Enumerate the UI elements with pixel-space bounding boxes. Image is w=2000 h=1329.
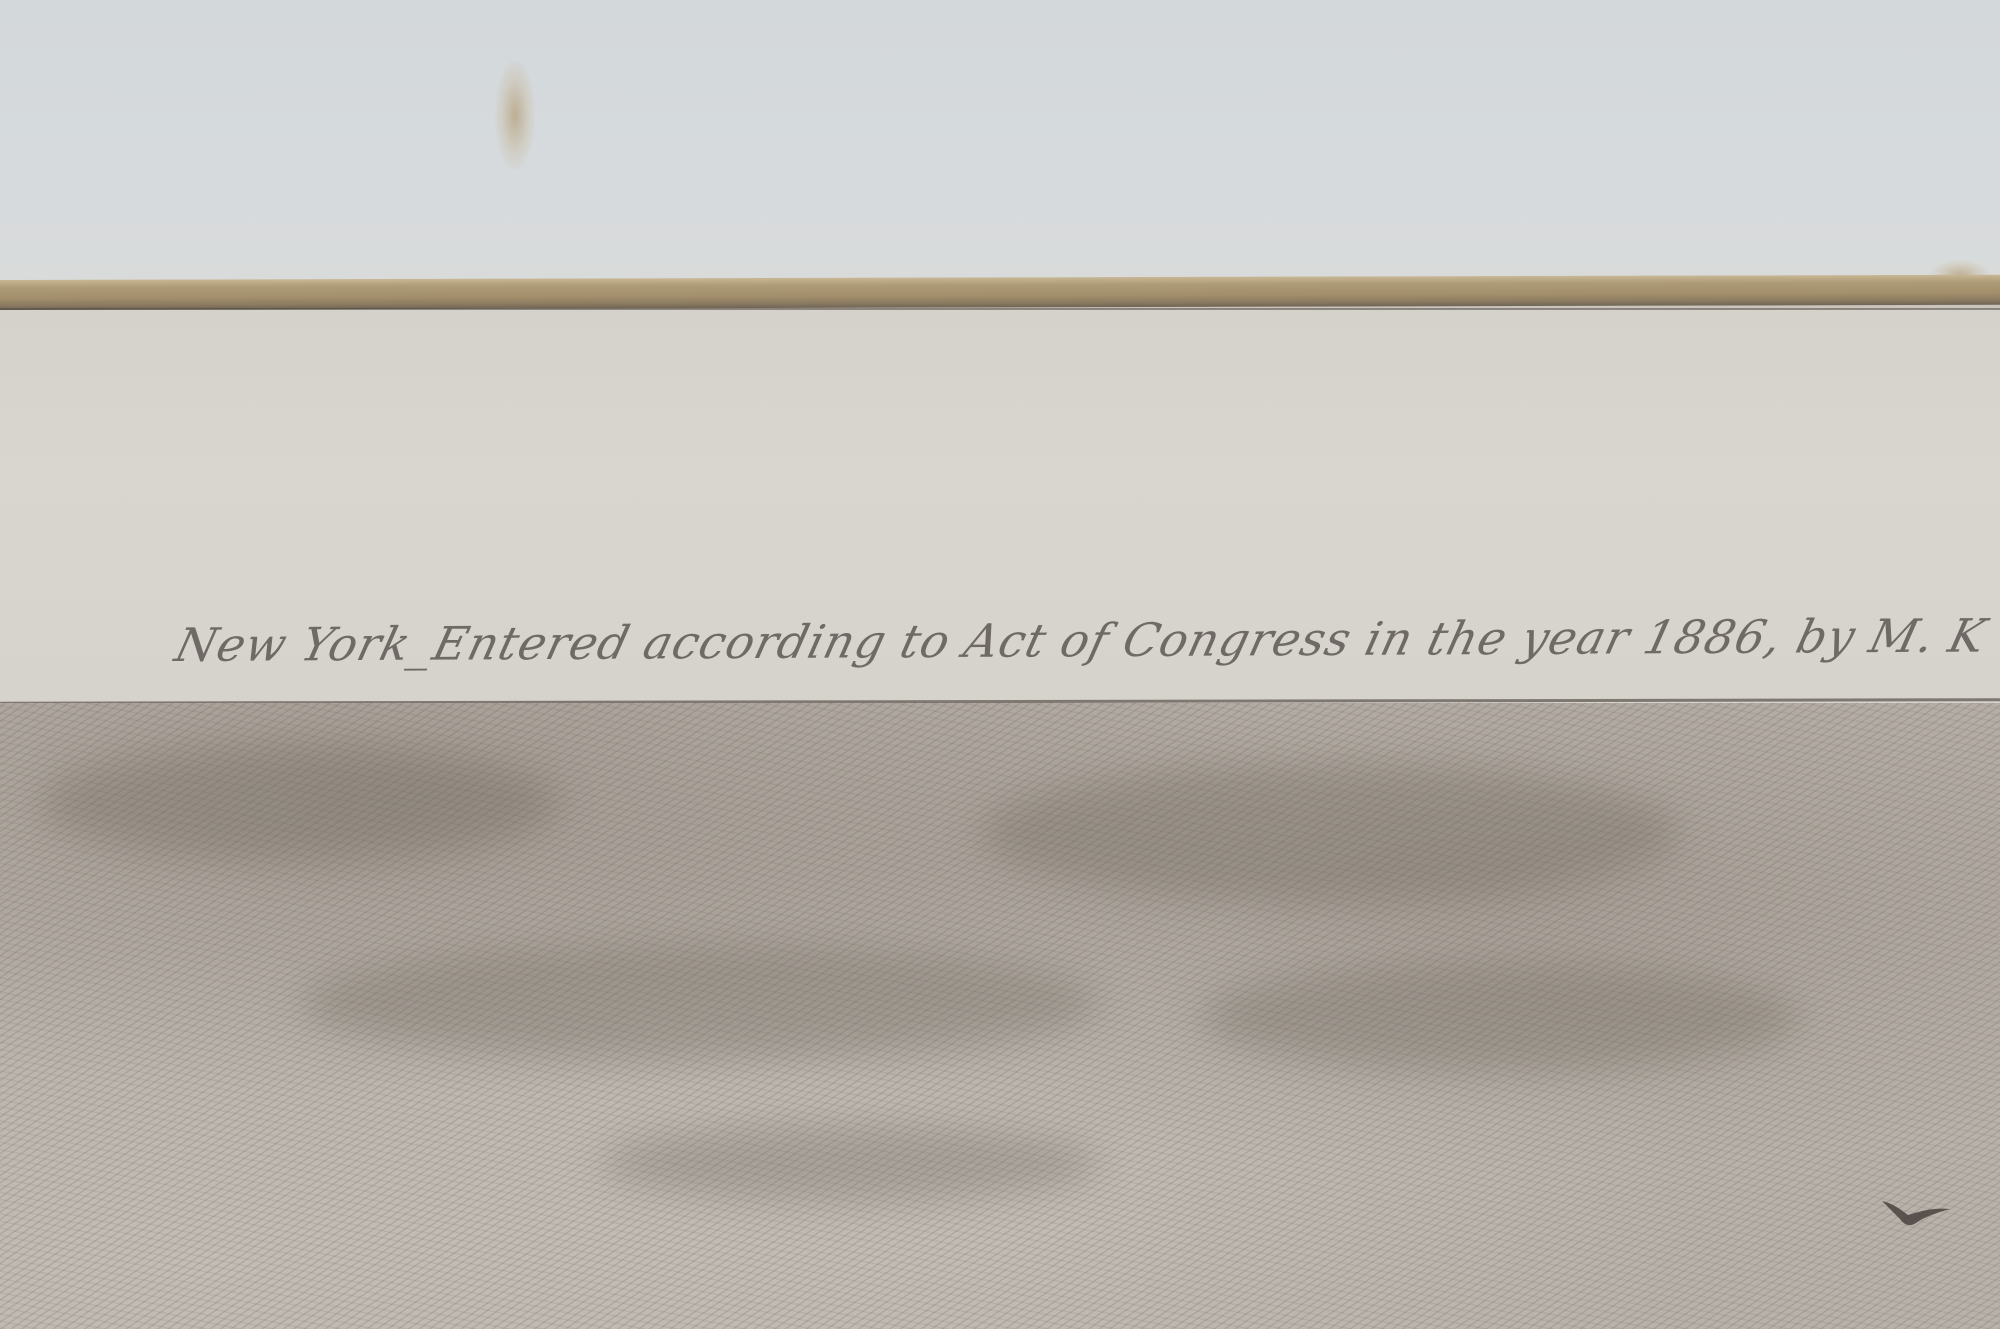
shading-area (40, 743, 560, 863)
bird-ink-mark-icon (1878, 1195, 1958, 1235)
engraved-caption: New York_Entered according to Act of Con… (170, 609, 1992, 672)
shading-area (600, 1123, 1100, 1203)
foxing-stain (495, 60, 535, 170)
shading-area (980, 763, 1680, 903)
engraved-image-area (0, 703, 2000, 1329)
mat-bevel-edge (0, 275, 2000, 310)
mat-board (0, 0, 2000, 282)
shading-area (300, 943, 1100, 1063)
shading-area (1200, 963, 1800, 1073)
